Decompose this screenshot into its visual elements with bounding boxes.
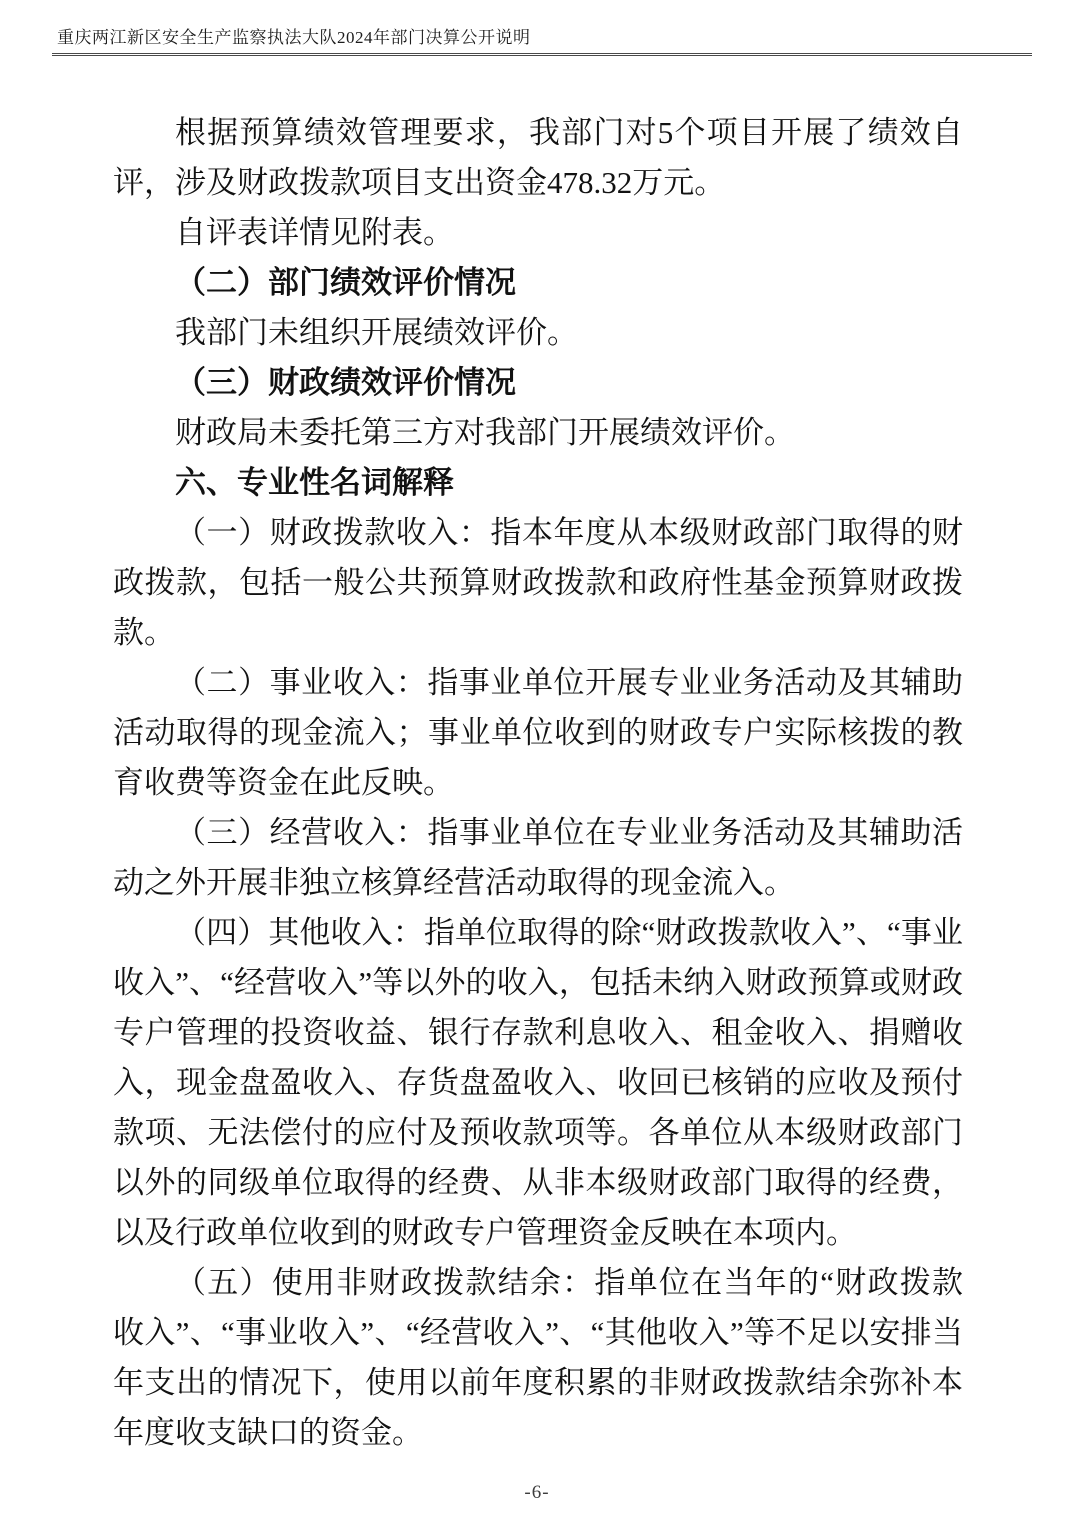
paragraph: （四）其他收入：指单位取得的除“财政拨款收入”、“事业收入”、“经营收入”等以外… bbox=[113, 908, 963, 1258]
paragraph: （三）经营收入：指事业单位在专业业务活动及其辅助活动之外开展非独立核算经营活动取… bbox=[113, 808, 963, 908]
header-title: 重庆两江新区安全生产监察执法大队2024年部门决算公开说明 bbox=[52, 28, 1032, 48]
paragraph: 财政局未委托第三方对我部门开展绩效评价。 bbox=[113, 408, 963, 458]
page-number: -6- bbox=[524, 1482, 549, 1503]
paragraph: 我部门未组织开展绩效评价。 bbox=[113, 308, 963, 358]
paragraph: 自评表详情见附表。 bbox=[113, 208, 963, 258]
document-body: 根据预算绩效管理要求，我部门对5个项目开展了绩效自评，涉及财政拨款项目支出资金4… bbox=[113, 108, 963, 1458]
section-title: 六、专业性名词解释 bbox=[113, 458, 963, 508]
header-rule bbox=[52, 53, 1032, 56]
paragraph: 根据预算绩效管理要求，我部门对5个项目开展了绩效自评，涉及财政拨款项目支出资金4… bbox=[113, 108, 963, 208]
document-page: 重庆两江新区安全生产监察执法大队2024年部门决算公开说明 根据预算绩效管理要求… bbox=[0, 0, 1074, 1520]
paragraph: （二）事业收入：指事业单位开展专业业务活动及其辅助活动取得的现金流入；事业单位收… bbox=[113, 658, 963, 808]
page-footer: -6- bbox=[0, 1482, 1074, 1504]
section-heading: （三）财政绩效评价情况 bbox=[113, 358, 963, 408]
paragraph: （五）使用非财政拨款结余：指单位在当年的“财政拨款收入”、“事业收入”、“经营收… bbox=[113, 1258, 963, 1458]
paragraph: （一）财政拨款收入：指本年度从本级财政部门取得的财政拨款，包括一般公共预算财政拨… bbox=[113, 508, 963, 658]
section-heading: （二）部门绩效评价情况 bbox=[113, 258, 963, 308]
page-header: 重庆两江新区安全生产监察执法大队2024年部门决算公开说明 bbox=[52, 28, 1032, 56]
